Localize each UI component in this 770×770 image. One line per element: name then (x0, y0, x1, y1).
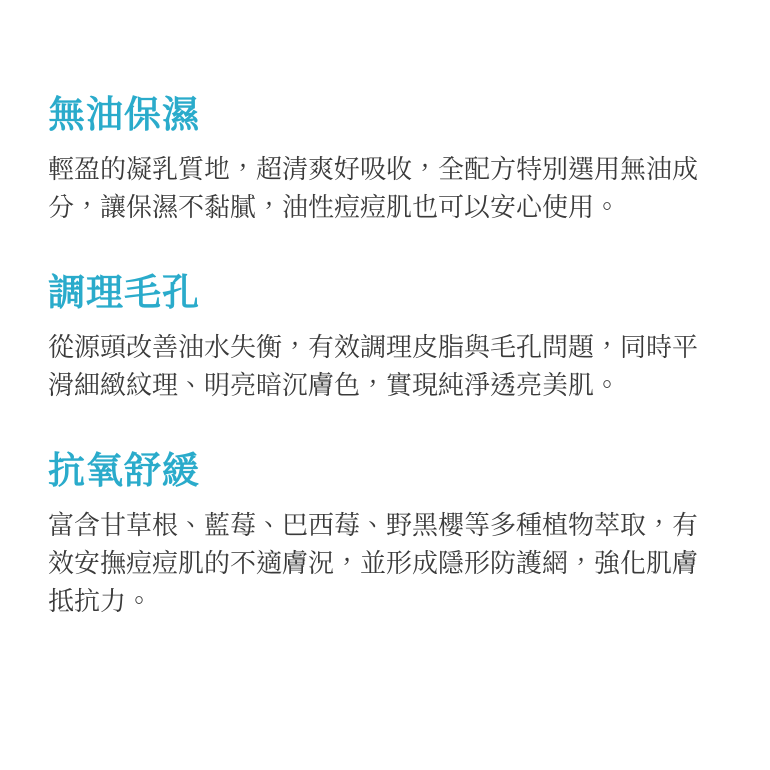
section-oil-free-moisture: 無油保濕 輕盈的凝乳質地，超清爽好吸收，全配方特別選用無油成分，讓保濕不黏膩，油… (48, 93, 724, 227)
section-heading: 無油保濕 (48, 93, 724, 137)
product-description-page: 無油保濕 輕盈的凝乳質地，超清爽好吸收，全配方特別選用無油成分，讓保濕不黏膩，油… (0, 0, 770, 770)
section-heading: 調理毛孔 (48, 271, 724, 315)
section-antioxidant-soothing: 抗氧舒緩 富含甘草根、藍莓、巴西莓、野黑櫻等多種植物萃取，有效安撫痘痘肌的不適膚… (48, 449, 724, 621)
section-body-text: 輕盈的凝乳質地，超清爽好吸收，全配方特別選用無油成分，讓保濕不黏膩，油性痘痘肌也… (48, 151, 710, 227)
section-body-text: 富含甘草根、藍莓、巴西莓、野黑櫻等多種植物萃取，有效安撫痘痘肌的不適膚況，並形成… (48, 507, 710, 621)
section-body-text: 從源頭改善油水失衡，有效調理皮脂與毛孔問題，同時平滑細緻紋理、明亮暗沉膚色，實現… (48, 329, 710, 405)
section-heading: 抗氧舒緩 (48, 449, 724, 493)
section-pore-care: 調理毛孔 從源頭改善油水失衡，有效調理皮脂與毛孔問題，同時平滑細緻紋理、明亮暗沉… (48, 271, 724, 405)
